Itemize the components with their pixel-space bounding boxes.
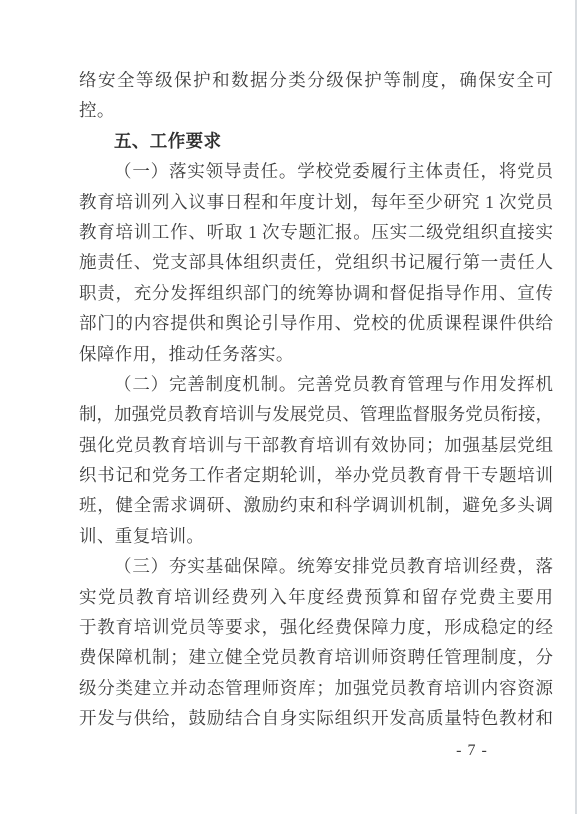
text-line: 强化党员教育培训与干部教育培训有效协同；加强基层党组	[79, 430, 553, 460]
text-line: 织书记和党务工作者定期轮训，举办党员教育骨干专题培训	[79, 460, 553, 490]
text-line: 费保障机制；建立健全党员教育培训师资聘任管理制度，分	[79, 642, 553, 672]
section-heading: 五、工作要求	[79, 126, 553, 156]
text-line: 部门的内容提供和舆论引导作用、党校的优质课程课件供给	[79, 308, 553, 338]
text-line: 实党员教育培训经费列入年度经费预算和留存党费主要用	[79, 582, 553, 612]
text-line: 班，健全需求调研、激励约束和科学调训机制，避免多头调	[79, 490, 553, 520]
text-line: 教育培训工作、听取 1 次专题汇报。压实二级党组织直接实	[79, 217, 553, 247]
text-line: 于教育培训党员等要求，强化经费保障力度，形成稳定的经	[79, 612, 553, 642]
text-line: （二）完善制度机制。完善党员教育管理与作用发挥机	[79, 369, 553, 399]
page-number: - 7 -	[447, 740, 497, 762]
text-line: 保障作用，推动任务落实。	[79, 339, 553, 369]
text-line: 制，加强党员教育培训与发展党员、管理监督服务党员衔接，	[79, 399, 553, 429]
text-line: 开发与供给，鼓励结合自身实际组织开发高质量特色教材和	[79, 703, 553, 733]
text-line: （一）落实领导责任。学校党委履行主体责任，将党员	[79, 156, 553, 186]
document-body: 络安全等级保护和数据分类分级保护等制度，确保安全可控。五、工作要求（一）落实领导…	[79, 65, 553, 734]
text-line: 训、重复培训。	[79, 521, 553, 551]
text-line: 级分类建立并动态管理师资库；加强党员教育培训内容资源	[79, 673, 553, 703]
text-line: 施责任、党支部具体组织责任，党组织书记履行第一责任人	[79, 247, 553, 277]
text-line: （三）夯实基础保障。统筹安排党员教育培训经费，落	[79, 551, 553, 581]
text-line: 络安全等级保护和数据分类分级保护等制度，确保安全可	[79, 65, 553, 95]
text-line: 控。	[79, 95, 553, 125]
text-line: 教育培训列入议事日程和年度计划，每年至少研究 1 次党员	[79, 187, 553, 217]
page-edge-line	[575, 0, 577, 814]
document-page: 络安全等级保护和数据分类分级保护等制度，确保安全可控。五、工作要求（一）落实领导…	[0, 0, 582, 814]
text-line: 职责，充分发挥组织部门的统筹协调和督促指导作用、宣传	[79, 278, 553, 308]
